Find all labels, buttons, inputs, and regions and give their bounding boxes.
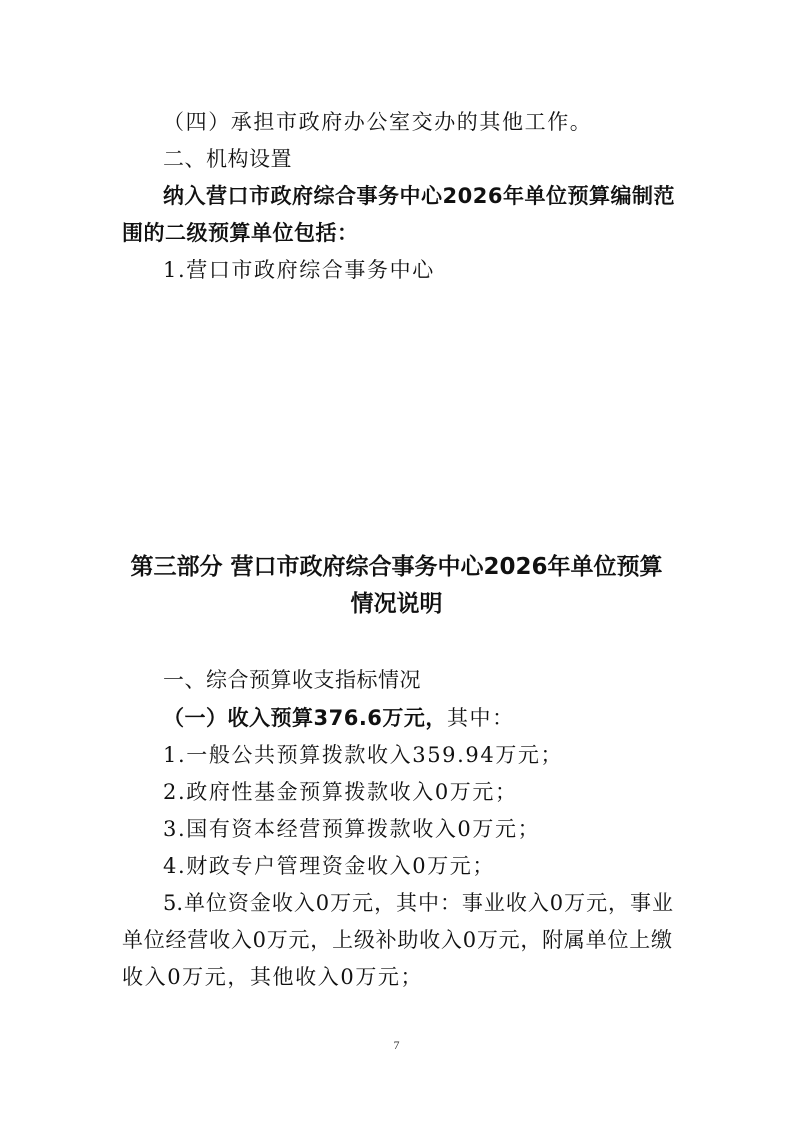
unit-list-item-1: 1.营口市政府综合事务中心 (163, 257, 673, 283)
income-budget-heading: （一）收入预算376.6万元，其中： (163, 705, 713, 731)
heading-organization: 二、机构设置 (163, 146, 673, 172)
income-item-2: 2.政府性基金预算拨款收入0万元； (163, 779, 673, 805)
income-item-3: 3.国有资本经营预算拨款收入0万元； (163, 816, 673, 842)
part3-title-line1: 第三部分 营口市政府综合事务中心2026年单位预算 (110, 552, 683, 582)
income-item-4: 4.财政专户管理资金收入0万元； (163, 853, 673, 879)
scope-paragraph-line1: 纳入营口市政府综合事务中心2026年单位预算编制范 (163, 183, 673, 209)
income-item-5-line1: 5.单位资金收入0万元，其中：事业收入0万元，事业 (163, 890, 673, 916)
document-page: （四）承担市政府办公室交办的其他工作。 二、机构设置 纳入营口市政府综合事务中心… (0, 0, 793, 1122)
part3-title-line2: 情况说明 (110, 589, 683, 619)
scope-paragraph-line2: 围的二级预算单位包括： (122, 220, 672, 246)
income-item-5-line3: 收入0万元，其他收入0万元； (122, 964, 672, 990)
income-item-1: 1.一般公共预算拨款收入359.94万元； (163, 742, 673, 768)
heading-budget-indicators: 一、综合预算收支指标情况 (163, 667, 673, 693)
page-number: 7 (0, 1038, 793, 1053)
income-budget-suffix: 其中： (447, 706, 515, 730)
income-budget-total: （一）收入预算376.6万元， (163, 706, 447, 730)
paragraph-duty-4: （四）承担市政府办公室交办的其他工作。 (163, 109, 673, 135)
income-item-5-line2: 单位经营收入0万元，上级补助收入0万元，附属单位上缴 (122, 927, 672, 953)
